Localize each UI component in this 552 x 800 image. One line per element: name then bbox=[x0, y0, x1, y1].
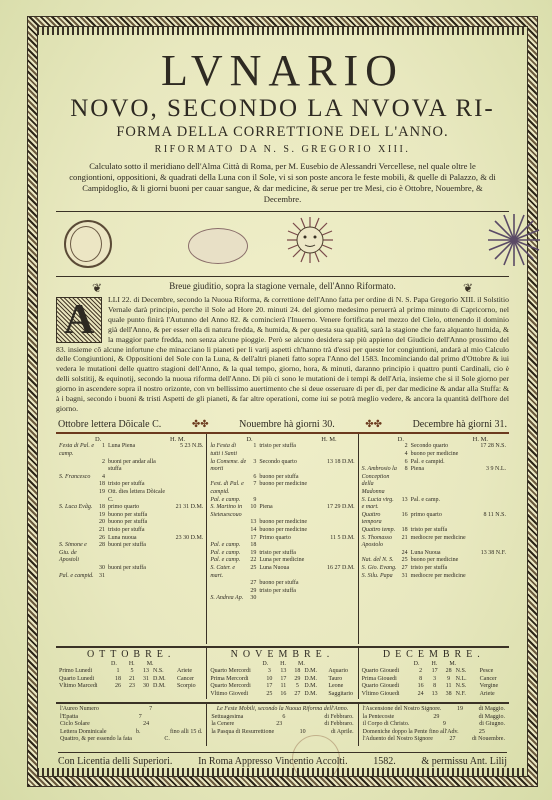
note-row: Ciclo Solare24 bbox=[60, 721, 202, 729]
day-number: 18 bbox=[95, 504, 108, 512]
feast-month: di Giugno. bbox=[479, 721, 505, 729]
note-value: 7 bbox=[139, 714, 142, 722]
feast-name: S. Cater. e mart. bbox=[210, 565, 246, 580]
feast-name: S. Andrea Ap. bbox=[210, 595, 246, 603]
phase-minute: 31 bbox=[139, 676, 153, 684]
zodiac: Scorpio bbox=[177, 683, 196, 691]
day-number: 29 bbox=[246, 588, 259, 596]
event-text: mediocre per medicine bbox=[411, 573, 472, 581]
day-number: 8 bbox=[398, 466, 411, 496]
hour-minute: 17 29 D.M. bbox=[321, 504, 355, 519]
hour-minute bbox=[321, 550, 355, 558]
feast-day: 25 bbox=[479, 729, 485, 737]
hour-minute bbox=[169, 565, 203, 573]
feast-name bbox=[59, 565, 95, 573]
moon-face-icon bbox=[64, 220, 112, 268]
calendar-entry: 6buono per stuffa bbox=[210, 474, 354, 482]
hour-minute: 3 9 N.L. bbox=[472, 466, 506, 496]
note-label: l'Epatta bbox=[60, 714, 78, 722]
hour-minute: 17 28 N.S. bbox=[472, 443, 506, 451]
calendar-entry: 4buono per medicine bbox=[362, 451, 506, 459]
hour-minute bbox=[169, 542, 203, 565]
day-number: 19 bbox=[95, 489, 108, 504]
feast-name bbox=[210, 519, 246, 527]
feast-label: Domeniche doppo la Pente fino all'Adv. bbox=[363, 729, 459, 737]
hour-minute bbox=[169, 474, 203, 482]
phase-day: 2 bbox=[414, 668, 428, 676]
phase-day: 16 bbox=[414, 683, 428, 691]
hour-minute bbox=[169, 527, 203, 535]
column-header: D. H. M. bbox=[362, 436, 506, 444]
papal-seal-icon bbox=[188, 228, 248, 264]
event-text: Secondo quarto bbox=[259, 459, 320, 474]
phase-sign: N.F. bbox=[456, 691, 480, 699]
phase-row: Quarto Lunedi182131D.M.Cancer bbox=[59, 676, 203, 684]
hour-minute bbox=[472, 535, 506, 550]
event-text: buono per stuffa bbox=[259, 474, 320, 482]
notes-section: l'Aureo Numero7l'Epatta7Ciclo Solare24Le… bbox=[56, 702, 509, 746]
phase-day: 18 bbox=[111, 676, 125, 684]
feast-row: Domeniche doppo la Pente fino all'Adv.25 bbox=[363, 729, 505, 737]
hour-minute bbox=[321, 542, 355, 550]
event-text: tristo per stuffa bbox=[259, 550, 320, 558]
feast-month: di Febbraro. bbox=[324, 721, 353, 729]
feast-name: Pal. e camp. bbox=[210, 557, 246, 565]
calendar-entry: 2Secondo quarto17 28 N.S. bbox=[362, 443, 506, 451]
phases-october: OTTOBRE. D.H.M.Primo Lunedi1513N.S.Ariet… bbox=[56, 648, 207, 700]
header-h: H. bbox=[280, 661, 286, 669]
day-number: 27 bbox=[246, 580, 259, 588]
feast-row: l'Aduento del Nostro Signore27di Nouembr… bbox=[363, 736, 505, 744]
event-text: buono per medicine bbox=[259, 519, 320, 527]
hour-minute: 21 31 D.M. bbox=[169, 504, 203, 512]
day-number: 21 bbox=[398, 535, 411, 550]
calendar-entry: 24Luna Nuoua13 38 N.F. bbox=[362, 550, 506, 558]
zodiac: Vergine bbox=[480, 683, 499, 691]
feast-name bbox=[210, 474, 246, 482]
phase-minute: 38 bbox=[442, 691, 456, 699]
day-number: 14 bbox=[246, 527, 259, 535]
feast-name bbox=[59, 535, 95, 543]
hour-minute bbox=[472, 565, 506, 573]
event-text: buono per medicine bbox=[259, 527, 320, 535]
day-number: 24 bbox=[398, 550, 411, 558]
feast-name bbox=[59, 481, 95, 489]
feast-day: 23 bbox=[276, 721, 282, 729]
note-value: C. bbox=[164, 736, 170, 744]
breve-body: A LLI 22. di Decembre, secondo la Nuoua … bbox=[56, 295, 509, 414]
header-h: H. bbox=[129, 661, 135, 669]
phase-header: D.H.M. bbox=[59, 661, 203, 669]
feast-name bbox=[362, 550, 398, 558]
dropcap-initial: A bbox=[56, 297, 102, 343]
feast-name: S. Gio. Evang. bbox=[362, 565, 398, 573]
hour-minute: 23 30 D.M. bbox=[169, 535, 203, 543]
day-number: 26 bbox=[95, 535, 108, 543]
phase-row: Quarto Giouedi16811N.S.Vergine bbox=[362, 683, 506, 691]
zodiac: Saggitario bbox=[328, 691, 353, 699]
calendar-entry: Quattro temp.18tristo per stuffa bbox=[362, 527, 506, 535]
calendar-entry: 30buoni per stuffa bbox=[59, 565, 203, 573]
calendar-entry: Nat. del N. S.25buono per medicine bbox=[362, 557, 506, 565]
calendar-entry: S. Ambrosio la Conception della Madonna8… bbox=[362, 466, 506, 496]
event-text: Pal. e campid. bbox=[411, 459, 472, 467]
event-text bbox=[108, 573, 169, 581]
note-extra: fino alli 15 d. bbox=[170, 729, 202, 737]
feast-name bbox=[59, 459, 95, 474]
sun-face-icon bbox=[286, 216, 334, 264]
phase-name: Quarto Lunedi bbox=[59, 676, 111, 684]
feast-month: di Febbraro. bbox=[324, 714, 353, 722]
feast-name: Pal. e camp. bbox=[210, 497, 246, 505]
calendar-entry: 18tristo per stuffa bbox=[59, 481, 203, 489]
phase-sign: D.M. bbox=[304, 691, 328, 699]
phase-sign: N.S. bbox=[153, 668, 177, 676]
feast-name: Quattro temp. bbox=[362, 527, 398, 535]
calendar-entry: 20buono per stuffa bbox=[59, 519, 203, 527]
day-number: 30 bbox=[95, 565, 108, 573]
phase-hour: 16 bbox=[276, 691, 290, 699]
header-m: M. bbox=[298, 661, 305, 669]
day-number: 1 bbox=[246, 443, 259, 458]
feast-name bbox=[59, 527, 95, 535]
feast-name: Quattro tempora bbox=[362, 512, 398, 527]
calendar-entry: la Festa di tutti i Santi1tristo per stu… bbox=[210, 443, 354, 458]
phase-name: Vltimo Giouedi bbox=[362, 691, 414, 699]
day-number: 3 bbox=[246, 459, 259, 474]
header-m: M. bbox=[147, 661, 154, 669]
header-m: M. bbox=[449, 661, 456, 669]
phase-sign: D.M. bbox=[304, 676, 328, 684]
event-text: Piena bbox=[411, 466, 472, 496]
event-text: Pal. e camp. bbox=[411, 497, 472, 512]
calendar-entry: S. Thomasso Apostolo21mediocre per medic… bbox=[362, 535, 506, 550]
day-number: 13 bbox=[398, 497, 411, 512]
feast-name bbox=[362, 443, 398, 451]
event-text: Secondo quarto bbox=[411, 443, 472, 451]
event-text: tristo per stuffa bbox=[259, 588, 320, 596]
calendar-entry: S. Cater. e mart.25Luna Nuoua16 27 D.M. bbox=[210, 565, 354, 580]
year-text: 1582. bbox=[373, 756, 396, 767]
feast-name bbox=[59, 512, 95, 520]
star-burst-icon bbox=[488, 214, 540, 266]
phase-hour: 3 bbox=[428, 676, 442, 684]
day-number: 2 bbox=[95, 459, 108, 474]
phase-row: Prima Giouedi839N.L.Cancer bbox=[362, 676, 506, 684]
calendar-entry: Pal. e camp.18 bbox=[210, 542, 354, 550]
feast-row: la Pentecoste29di Maggio. bbox=[363, 714, 505, 722]
calendar-column-december: D. H. M. 2Secondo quarto17 28 N.S.4buono… bbox=[359, 434, 509, 644]
day-number: 31 bbox=[95, 573, 108, 581]
hour-minute bbox=[169, 519, 203, 527]
phase-day: 10 bbox=[262, 676, 276, 684]
hour-minute bbox=[321, 580, 355, 588]
phase-day: 17 bbox=[262, 683, 276, 691]
feast-day: 10 bbox=[300, 729, 306, 737]
event-text: Luna Piena bbox=[108, 443, 169, 458]
event-text: buoni per stuffa bbox=[108, 565, 169, 573]
phase-name: Quarto Mercordi bbox=[210, 668, 262, 676]
hour-minute bbox=[169, 489, 203, 504]
phase-minute: 11 bbox=[442, 683, 456, 691]
computus-notes: l'Aureo Numero7l'Epatta7Ciclo Solare24Le… bbox=[56, 704, 207, 746]
day-number: 25 bbox=[246, 565, 259, 580]
feast-label: Settuagesima bbox=[211, 714, 243, 722]
note-label: l'Aureo Numero bbox=[60, 706, 99, 714]
day-number: 19 bbox=[95, 512, 108, 520]
feast-label: il Corpo di Christo. bbox=[363, 721, 410, 729]
day-number: 9 bbox=[246, 497, 259, 505]
calendar-entry: 17Primo quarto11 5 D.M. bbox=[210, 535, 354, 543]
feast-name bbox=[362, 451, 398, 459]
hour-minute bbox=[321, 527, 355, 535]
note-value: 24 bbox=[143, 721, 149, 729]
divider bbox=[56, 211, 509, 212]
event-text: buono per medicine bbox=[259, 481, 320, 496]
event-text: buoni per stuffa bbox=[108, 542, 169, 565]
feast-day: 27 bbox=[449, 736, 455, 744]
feast-name bbox=[210, 527, 246, 535]
phase-row: Vltimo Marcedi262330D.M.Scorpio bbox=[59, 683, 203, 691]
phase-sign: N.S. bbox=[456, 668, 480, 676]
calendar-entry: S. Simone e Giu. de Apostoli28buoni per … bbox=[59, 542, 203, 565]
feast-name: Pal. e campid. bbox=[59, 573, 95, 581]
phase-name: Prima Giouedi bbox=[362, 676, 414, 684]
header-d: D. bbox=[414, 661, 420, 669]
hour-minute: 16 27 D.M. bbox=[321, 565, 355, 580]
hour-minute bbox=[169, 459, 203, 474]
hour-minute bbox=[321, 595, 355, 603]
phase-name: Primo Lunedi bbox=[59, 668, 111, 676]
calendar-entry: 19Ott. dies lettera Dõicale C. bbox=[59, 489, 203, 504]
november-heading: Nouembre hà giorni 30. bbox=[239, 419, 335, 430]
phase-row: Vltimo Giouedi241338N.F.Ariete bbox=[362, 691, 506, 699]
calendar-column-october: D. H. M. Festa di Pal. e camp.1Luna Pien… bbox=[56, 434, 207, 644]
phase-sign: D.M. bbox=[304, 683, 328, 691]
hour-minute: 8 11 N.S. bbox=[472, 512, 506, 527]
calendar-entry: 21tristo per stuffa bbox=[59, 527, 203, 535]
feast-label: la Pentecoste bbox=[363, 714, 395, 722]
feast-name bbox=[59, 519, 95, 527]
calendar-entry: Pal. e campid.31 bbox=[59, 573, 203, 581]
day-number: 28 bbox=[95, 542, 108, 565]
header-d: D. bbox=[262, 661, 268, 669]
phase-row: Quarto Mercordi17115D.M.Leone bbox=[210, 683, 354, 691]
feast-name: S. Martino in Sieteuescouo bbox=[210, 504, 246, 519]
calendar-entry: Pal. e camp.19tristo per stuffa bbox=[210, 550, 354, 558]
december-heading: Decembre hà giorni 31. bbox=[413, 419, 507, 430]
hour-minute bbox=[472, 557, 506, 565]
feast-name: la Comeme. de morti bbox=[210, 459, 246, 474]
zodiac: Ariete bbox=[177, 668, 192, 676]
feast-label: la Cenere bbox=[211, 721, 234, 729]
feast-row: il Corpo di Christo.9di Giugno. bbox=[363, 721, 505, 729]
hour-minute: 13 18 D.M. bbox=[321, 459, 355, 474]
calendar-entry: S. Luca Evãg.18primo quarto21 31 D.M. bbox=[59, 504, 203, 512]
hour-minute bbox=[321, 474, 355, 482]
breve-text: LLI 22. di Decembre, secondo la Nuoua Ri… bbox=[56, 295, 509, 414]
note-row: l'Epatta7 bbox=[60, 714, 202, 722]
phase-name: Vltimo Marcedi bbox=[59, 683, 111, 691]
phase-minute: 27 bbox=[290, 691, 304, 699]
feast-day: 19 bbox=[457, 706, 463, 714]
zodiac: Tauro bbox=[328, 676, 342, 684]
hour-minute: 5 23 N.B. bbox=[169, 443, 203, 458]
day-number: 27 bbox=[398, 565, 411, 573]
feast-name: Festa di Pal. e camp. bbox=[59, 443, 95, 458]
phases-november: NOVEMBRE. D.H.M.Quarto Mercordi31318D.M.… bbox=[207, 648, 358, 700]
day-number: 6 bbox=[246, 474, 259, 482]
hour-minute bbox=[321, 443, 355, 458]
phase-hour: 17 bbox=[276, 676, 290, 684]
feast-month: di Maggio. bbox=[479, 714, 505, 722]
phase-day: 24 bbox=[414, 691, 428, 699]
calendar-entry: 29tristo per stuffa bbox=[210, 588, 354, 596]
phase-row: Primo Lunedi1513N.S.Ariete bbox=[59, 668, 203, 676]
event-text: tristo per stuffa bbox=[108, 527, 169, 535]
zodiac: Leone bbox=[328, 683, 343, 691]
event-text: primo quarto bbox=[108, 504, 169, 512]
phase-sign: D.M. bbox=[304, 668, 328, 676]
feast-name bbox=[210, 588, 246, 596]
feast-name: S. Simone e Giu. de Apostoli bbox=[59, 542, 95, 565]
day-number: 7 bbox=[246, 481, 259, 496]
feast-name: S. Ambrosio la Conception della Madonna bbox=[362, 466, 398, 496]
month-bar: Ottobre lettera Dõicale C. ✤✤ Nouembre h… bbox=[58, 418, 507, 432]
day-number: 25 bbox=[398, 557, 411, 565]
phase-minute: 9 bbox=[442, 676, 456, 684]
note-label: Ciclo Solare bbox=[60, 721, 90, 729]
calendar-entry: S. Andrea Ap.30 bbox=[210, 595, 354, 603]
event-text: Luna Nuoua bbox=[411, 550, 472, 558]
subtitle-line-2: FORMA DELLA CORRETTIONE DEL L'ANNO. bbox=[46, 123, 519, 141]
intro-paragraph: Calculato sotto il meridiano dell'Alma C… bbox=[46, 157, 519, 205]
event-text: buono per stuffa bbox=[108, 519, 169, 527]
calendar-entry: Festa di Pal. e camp.1Luna Piena5 23 N.B… bbox=[59, 443, 203, 458]
feast-name: la Festa di tutti i Santi bbox=[210, 443, 246, 458]
day-number: 17 bbox=[246, 535, 259, 543]
calendar-column-november: D. H. M. la Festa di tutti i Santi1trist… bbox=[207, 434, 358, 644]
feast-name bbox=[362, 459, 398, 467]
phase-name: Vltimo Giovedi bbox=[210, 691, 262, 699]
hour-minute bbox=[321, 519, 355, 527]
event-text: Piena bbox=[259, 504, 320, 519]
day-number: 2 bbox=[398, 443, 411, 451]
calendar-entry: la Comeme. de morti3Secondo quarto13 18 … bbox=[210, 459, 354, 474]
phase-row: Vltimo Giovedi251627D.M.Saggitario bbox=[210, 691, 354, 699]
feast-label: la Pasqua di Resurrettione bbox=[211, 729, 274, 737]
event-text: tristo per stuffa bbox=[259, 443, 320, 458]
movable-feasts-continued: l'Ascensione del Nostro Signore.19di Mag… bbox=[359, 704, 509, 746]
phase-name: Quarto Mercordi bbox=[210, 683, 262, 691]
note-row: l'Aureo Numero7 bbox=[60, 706, 202, 714]
hour-minute: 11 5 D.M. bbox=[321, 535, 355, 543]
feast-row: Settuagesima6di Febbraro. bbox=[211, 714, 353, 722]
phase-minute: 29 bbox=[290, 676, 304, 684]
phase-day: 8 bbox=[414, 676, 428, 684]
hour-minute bbox=[472, 573, 506, 581]
phase-sign: N.S. bbox=[456, 683, 480, 691]
license-text: Con Licentia delli Superiori. bbox=[58, 756, 172, 767]
feast-day: 6 bbox=[282, 714, 285, 722]
feast-day: 29 bbox=[433, 714, 439, 722]
zodiac: Aquario bbox=[328, 668, 348, 676]
feast-month: di Nouembre. bbox=[472, 736, 505, 744]
phase-header: D.H.M. bbox=[362, 661, 506, 669]
event-text: Primo quarto bbox=[259, 535, 320, 543]
event-text: buono per medicine bbox=[411, 557, 472, 565]
phase-day: 3 bbox=[262, 668, 276, 676]
feast-month: di Maggio. bbox=[479, 706, 505, 714]
event-text bbox=[259, 595, 320, 603]
phase-sign: N.L. bbox=[456, 676, 480, 684]
subtitle-line-3: RIFORMATO DA N. S. GREGORIO XIII. bbox=[46, 143, 519, 157]
phase-minute: 18 bbox=[290, 668, 304, 676]
phase-hour: 23 bbox=[125, 683, 139, 691]
hour-minute bbox=[472, 527, 506, 535]
note-value: 7 bbox=[149, 706, 152, 714]
movable-feasts: Le Feste Mobili, secondo la Nuoua Riform… bbox=[207, 704, 358, 746]
day-number: 18 bbox=[246, 542, 259, 550]
ornament-icon: ✤✤ bbox=[365, 419, 382, 430]
day-number: 18 bbox=[398, 527, 411, 535]
feast-name: Nat. del N. S. bbox=[362, 557, 398, 565]
phase-sign: D.M. bbox=[153, 676, 177, 684]
phase-name: Prima Mercordi bbox=[210, 676, 262, 684]
phase-hour: 5 bbox=[125, 668, 139, 676]
feast-name bbox=[210, 535, 246, 543]
calendar-entry: Quattro tempora16primo quarto8 11 N.S. bbox=[362, 512, 506, 527]
calendar-entry: S. Gio. Evang.27tristo per stuffa bbox=[362, 565, 506, 573]
zodiac: Pesce bbox=[480, 668, 494, 676]
feast-label: l'Ascensione del Nostro Signore. bbox=[363, 706, 442, 714]
feast-name: Pal. e camp. bbox=[210, 550, 246, 558]
day-number: 21 bbox=[95, 527, 108, 535]
hour-minute: 13 38 N.F. bbox=[472, 550, 506, 558]
note-value: b. bbox=[136, 729, 141, 737]
phase-name: Quarto Giouedi bbox=[362, 683, 414, 691]
day-number: 30 bbox=[246, 595, 259, 603]
lunar-phases-table: OTTOBRE. D.H.M.Primo Lunedi1513N.S.Ariet… bbox=[56, 646, 509, 700]
feast-name: S. Luca Evãg. bbox=[59, 504, 95, 512]
calendar-entry: 13buono per medicine bbox=[210, 519, 354, 527]
feast-row: l'Ascensione del Nostro Signore.19di Mag… bbox=[363, 706, 505, 714]
colophon: Con Licentia delli Superiori. In Roma Ap… bbox=[58, 752, 507, 767]
hour-minute bbox=[321, 588, 355, 596]
zodiac: Cancer bbox=[480, 676, 497, 684]
feast-name: Fest. di Pal. e campid. bbox=[210, 481, 246, 496]
phase-day: 1 bbox=[111, 668, 125, 676]
feast-name: S. Lucia virg. e mart. bbox=[362, 497, 398, 512]
zodiac: Cancer bbox=[177, 676, 194, 684]
phases-december: DECEMBRE. D.H.M.Quarto Giouedi21728N.S.P… bbox=[359, 648, 509, 700]
day-number: 18 bbox=[95, 481, 108, 489]
phase-sign: D.M. bbox=[153, 683, 177, 691]
zodiac: Ariete bbox=[480, 691, 495, 699]
feast-name: S. Thomasso Apostolo bbox=[362, 535, 398, 550]
phase-hour: 13 bbox=[276, 668, 290, 676]
document-title: LVNARIO bbox=[46, 49, 519, 93]
phase-row: Quarto Mercordi31318D.M.Aquario bbox=[210, 668, 354, 676]
feast-label: l'Aduento del Nostro Signore bbox=[363, 736, 433, 744]
phase-hour: 21 bbox=[125, 676, 139, 684]
day-number: 6 bbox=[398, 459, 411, 467]
header-h: H. bbox=[432, 661, 438, 669]
event-text: Luna per medicine bbox=[259, 557, 320, 565]
calendar-entry: 2buoni per andar alla stuffa bbox=[59, 459, 203, 474]
calendar-entry: Fest. di Pal. e campid.7buono per medici… bbox=[210, 481, 354, 496]
day-number: 4 bbox=[398, 451, 411, 459]
